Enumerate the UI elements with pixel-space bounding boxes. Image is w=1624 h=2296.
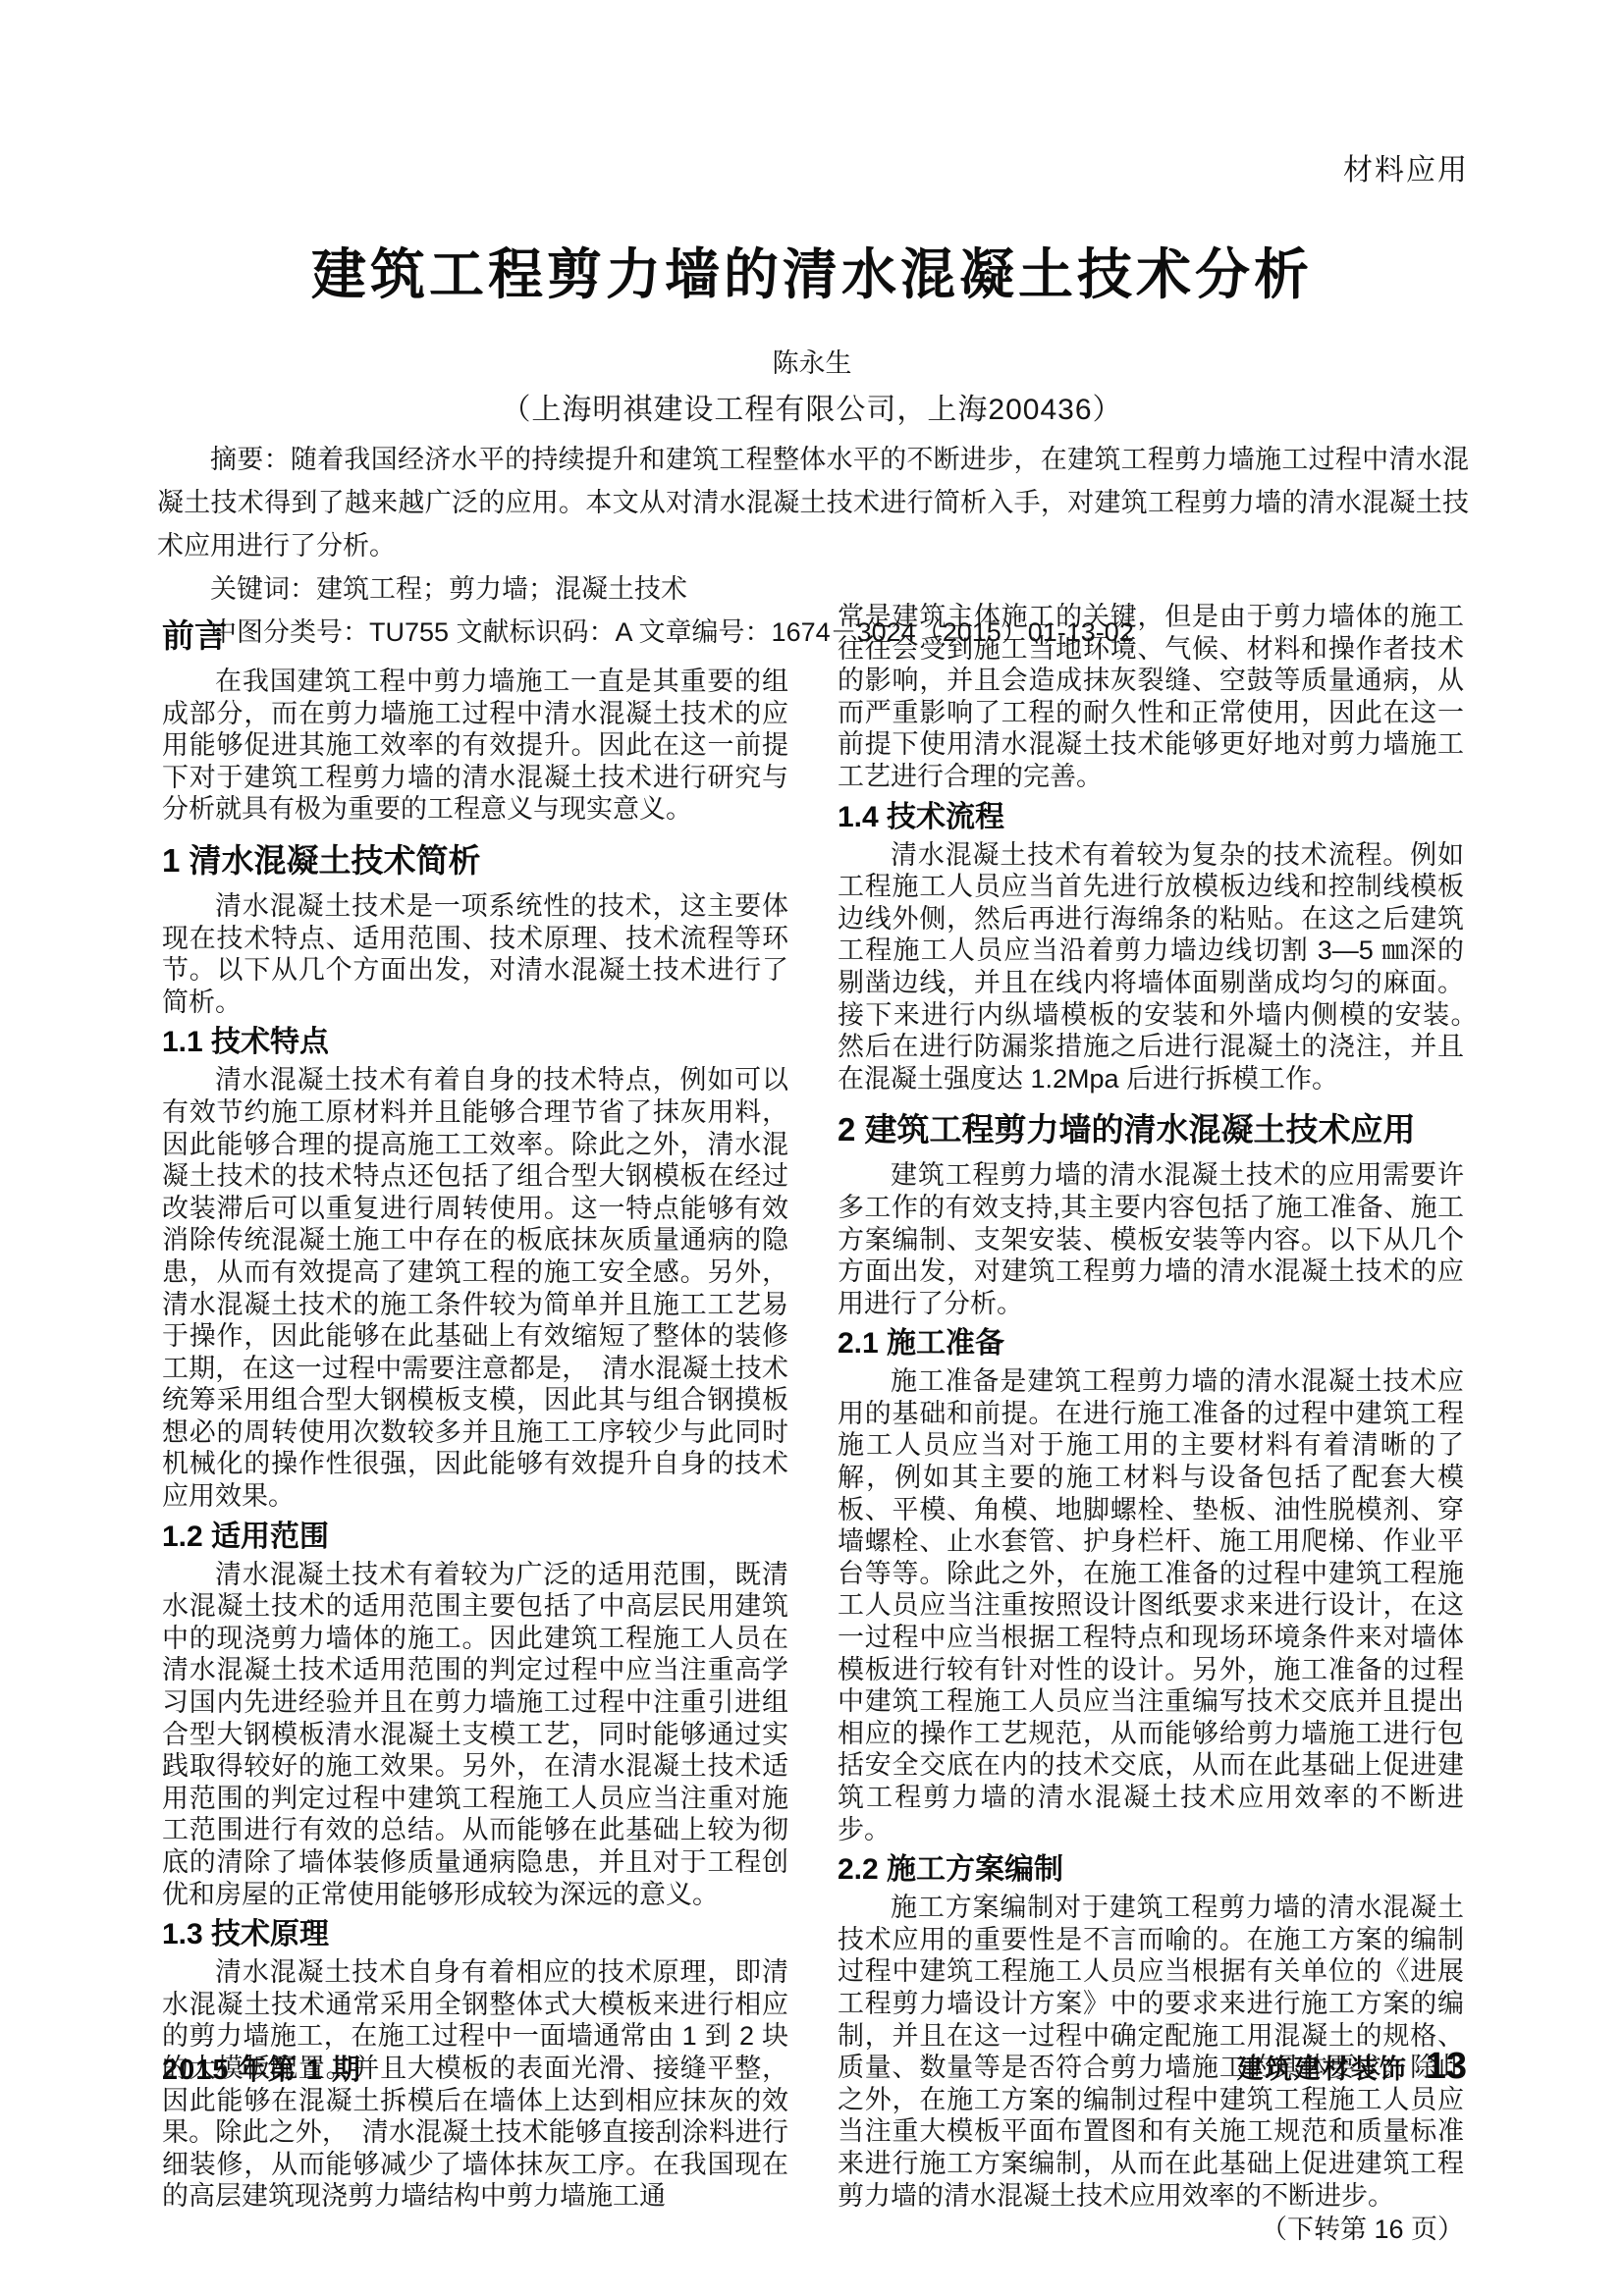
author-affiliation: （上海明祺建设工程有限公司，上海200436） (0, 385, 1624, 428)
abstract: 摘要：随着我国经济水平的持续提升和建筑工程整体水平的不断进步，在建筑工程剪力墙施… (157, 438, 1469, 567)
sub-heading: 2.1 施工准备 (838, 1326, 1464, 1362)
paragraph: 清水混凝土技术是一项系统性的技术，这主要体现在技术特点、适用范围、技术原理、技术… (162, 890, 788, 1018)
article-body: 前言在我国建筑工程中剪力墙施工一直是其重要的组成部分，而在剪力墙施工过程中清水混… (162, 601, 1464, 2246)
sub-heading: 2.2 施工方案编制 (838, 1852, 1464, 1888)
continuation-note: （下转第 16 页） (838, 2214, 1464, 2246)
column-label: 材料应用 (1343, 145, 1469, 188)
section-heading: 2 建筑工程剪力墙的清水混凝土技术应用 (838, 1110, 1464, 1149)
journal-name: 建筑建材装饰 (1237, 2048, 1408, 2086)
paragraph: 清水混凝土技术有着较为广泛的适用范围，既清水混凝土技术的适用范围主要包括了中高层… (162, 1559, 788, 1911)
keywords-text: 建筑工程；剪力墙；混凝土技术 (316, 574, 687, 604)
author-name: 陈永生 (0, 342, 1624, 380)
journal-page: 材料应用 建筑工程剪力墙的清水混凝土技术分析 陈永生 （上海明祺建设工程有限公司… (0, 0, 1624, 2296)
page-number: 13 (1426, 2046, 1467, 2088)
footer-issue: 2015 年第 1 期 (162, 2048, 361, 2088)
keywords-label: 关键词： (210, 574, 316, 604)
paragraph: 建筑工程剪力墙的清水混凝土技术的应用需要许多工作的有效支持,其主要内容包括了施工… (838, 1159, 1464, 1319)
paragraph: 清水混凝土技术有着自身的技术特点，例如可以有效节约施工原材料并且能够合理节省了抹… (162, 1064, 788, 1512)
sub-heading: 1.1 技术特点 (162, 1025, 788, 1060)
paragraph-continued: 常是建筑主体施工的关键，但是由于剪力墙体的施工往往会受到施工当地环境、气候、材料… (838, 601, 1464, 793)
sub-heading: 1.2 适用范围 (162, 1520, 788, 1555)
paragraph: 施工准备是建筑工程剪力墙的清水混凝土技术应用的基础和前提。在进行施工准备的过程中… (838, 1365, 1464, 1845)
sub-heading: 1.4 技术流程 (838, 800, 1464, 835)
left-column: 前言在我国建筑工程中剪力墙施工一直是其重要的组成部分，而在剪力墙施工过程中清水混… (162, 601, 788, 2213)
section-heading: 1 清水混凝土技术简析 (162, 841, 788, 881)
abstract-label: 摘要： (210, 445, 291, 474)
footer-journal: 建筑建材装饰 13 (1237, 2046, 1467, 2088)
article-title: 建筑工程剪力墙的清水混凝土技术分析 (0, 232, 1624, 310)
paragraph: 清水混凝土技术有着较为复杂的技术流程。例如工程施工人员应当首先进行放模板边线和控… (838, 839, 1464, 1095)
paragraph: 在我国建筑工程中剪力墙施工一直是其重要的组成部分，而在剪力墙施工过程中清水混凝土… (162, 666, 788, 826)
sub-heading: 1.3 技术原理 (162, 1917, 788, 1952)
abstract-text: 随着我国经济水平的持续提升和建筑工程整体水平的不断进步，在建筑工程剪力墙施工过程… (157, 445, 1469, 561)
right-column: 常是建筑主体施工的关键，但是由于剪力墙体的施工往往会受到施工当地环境、气候、材料… (838, 601, 1464, 2246)
section-heading: 前言 (162, 616, 788, 656)
